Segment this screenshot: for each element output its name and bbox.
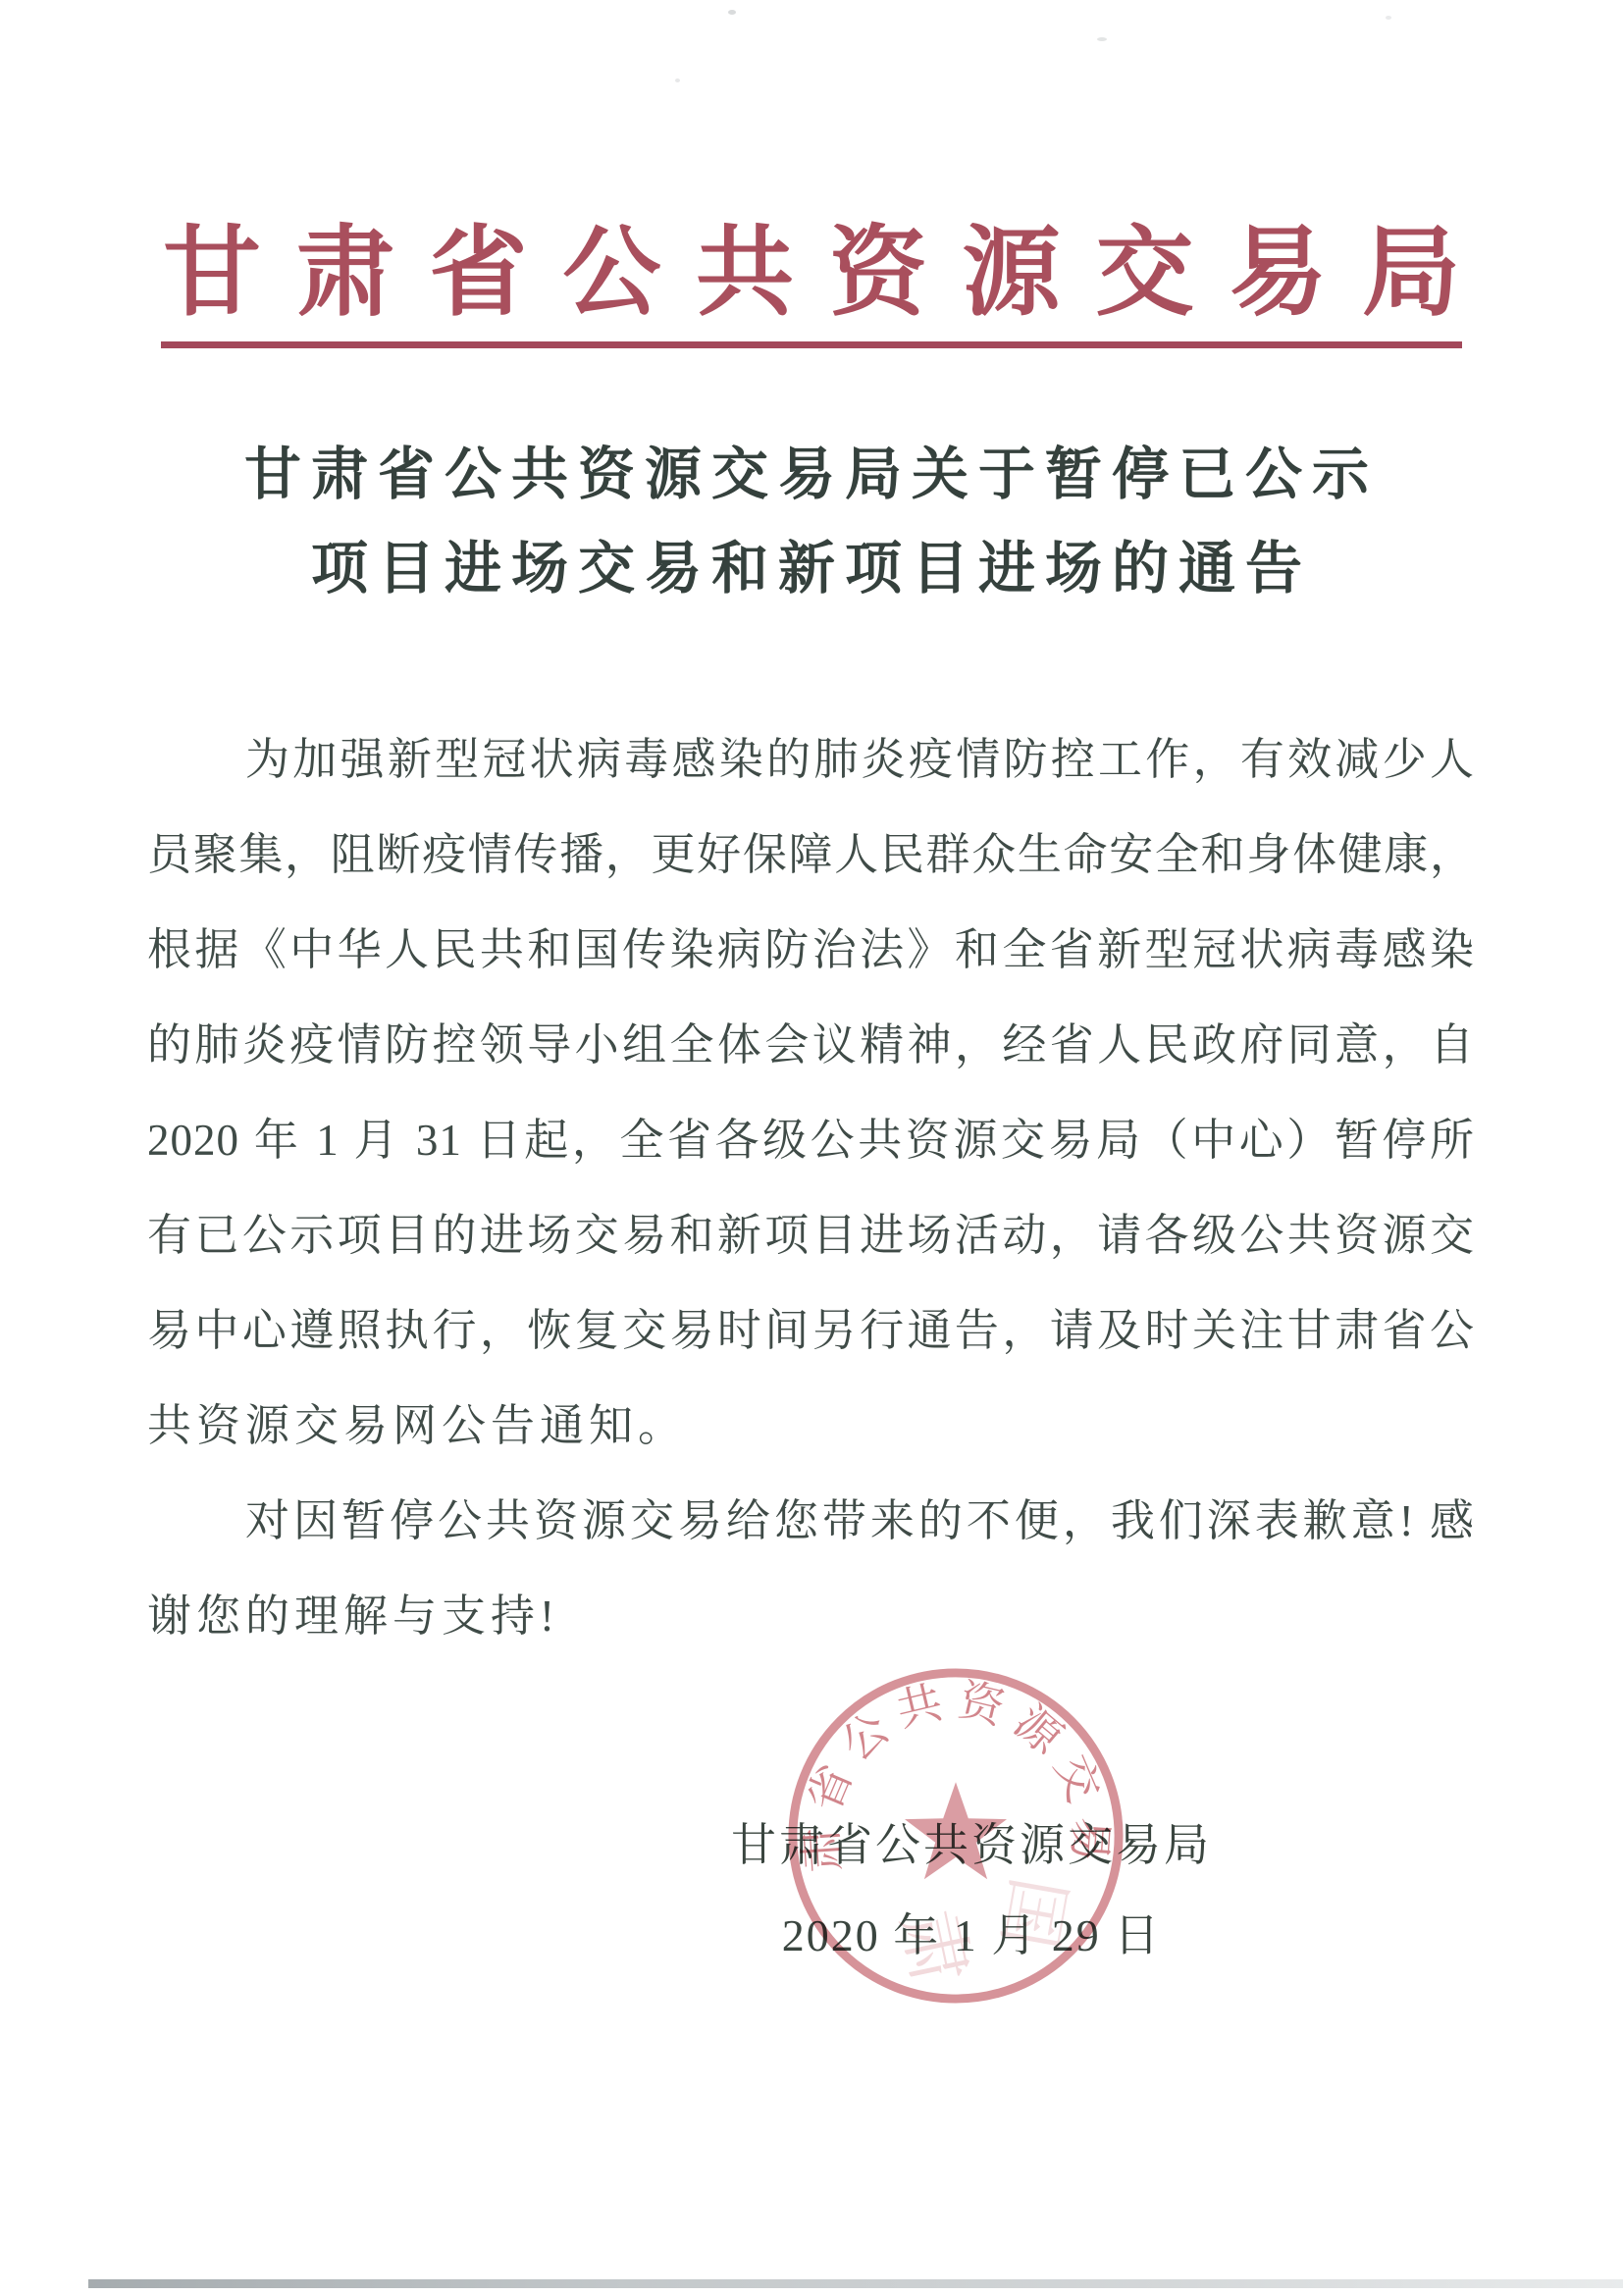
body-line: 员聚集，阻断疫情传播，更好保障人民群众生命安全和身体健康， bbox=[147, 808, 1475, 903]
body-line: 共资源交易网公告通知。 bbox=[147, 1379, 1475, 1474]
body-line: 对因暂停公共资源交易给您带来的不便，我们深表歉意! 感 bbox=[147, 1474, 1475, 1569]
notice-title-line-1: 甘肃省公共资源交易局关于暂停已公示 bbox=[0, 428, 1623, 522]
scan-speck bbox=[1386, 16, 1391, 20]
body-line: 为加强新型冠状病毒感染的肺炎疫情防控工作，有效减少人 bbox=[147, 712, 1475, 808]
body-line: 2020 年 1 月 31 日起，全省各级公共资源交易局（中心）暂停所 bbox=[147, 1093, 1475, 1188]
body-line: 谢您的理解与支持! bbox=[147, 1569, 1475, 1664]
scan-speck bbox=[675, 78, 680, 82]
notice-title: 甘肃省公共资源交易局关于暂停已公示 项目进场交易和新项目进场的通告 bbox=[0, 428, 1623, 616]
scan-speck bbox=[1097, 37, 1107, 41]
body-line: 易中心遵照执行，恢复交易时间另行通告，请及时关注甘肃省公 bbox=[147, 1283, 1475, 1379]
notice-body: 为加强新型冠状病毒感染的肺炎疫情防控工作，有效减少人 员聚集，阻断疫情传播，更好… bbox=[147, 712, 1475, 1664]
body-line: 根据《中华人民共和国传染病防治法》和全省新型冠状病毒感染 bbox=[147, 903, 1475, 998]
signature-date: 2020 年 1 月 29 日 bbox=[677, 1907, 1266, 1964]
scan-speck bbox=[728, 10, 736, 15]
signature-block: 甘肃省公共资源交易局 2020 年 1 月 29 日 bbox=[677, 1817, 1266, 1964]
notice-title-line-2: 项目进场交易和新项目进场的通告 bbox=[0, 522, 1623, 616]
letterhead-org-name: 甘肃省公共资源交易局 bbox=[161, 218, 1462, 348]
body-line: 有已公示项目的进场交易和新项目进场活动，请各级公共资源交 bbox=[147, 1188, 1475, 1283]
scanned-notice-page: 甘肃省公共资源交易局 甘肃省公共资源交易局关于暂停已公示 项目进场交易和新项目进… bbox=[0, 0, 1623, 2296]
signature-org-name: 甘肃省公共资源交易局 bbox=[677, 1817, 1266, 1874]
body-line: 的肺炎疫情防控领导小组全体会议精神，经省人民政府同意，自 bbox=[147, 998, 1475, 1093]
scan-bottom-edge bbox=[88, 2279, 1623, 2288]
